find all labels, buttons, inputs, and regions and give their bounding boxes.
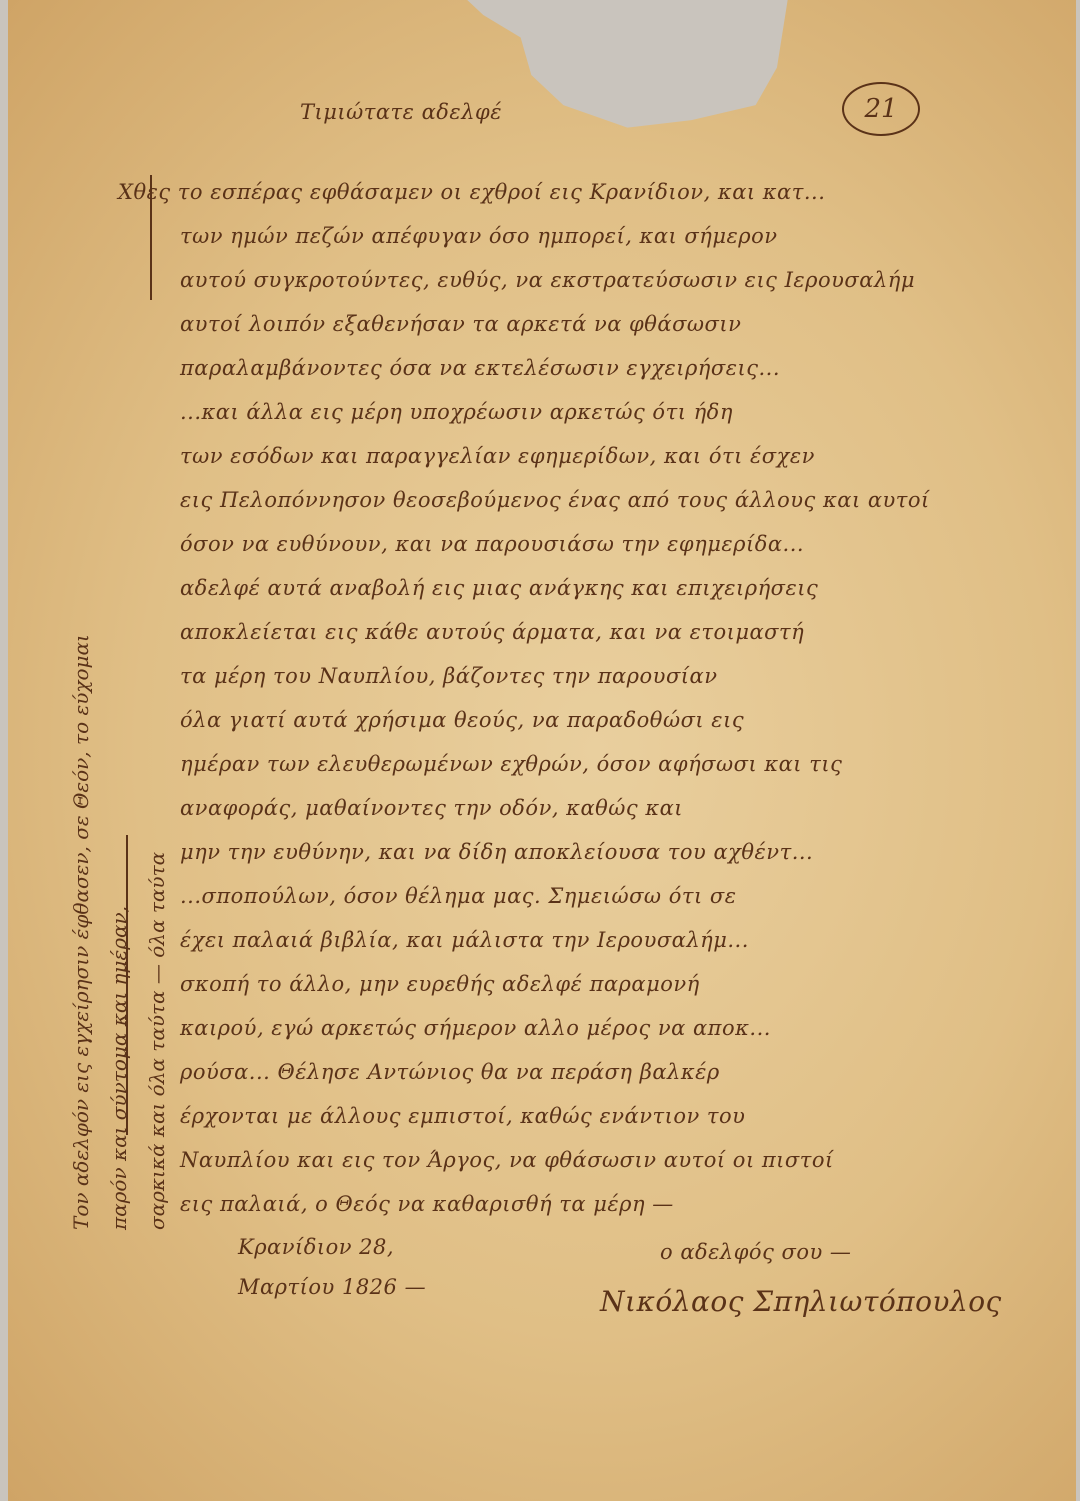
- margin-note-line: Τον αδελφόν εις εγχείρησιν έφθασεν, σε Θ…: [62, 634, 100, 1230]
- body-line: Ναυπλίου και εις τον Άργος, να φθάσωσιν …: [180, 1148, 834, 1172]
- body-line: όσον να ευθύνουν, και να παρουσιάσω την …: [180, 532, 804, 556]
- place-line: Κρανίδιον 28,: [238, 1235, 394, 1259]
- body-line: ...και άλλα εις μέρη υποχρέωσιν αρκετώς …: [180, 400, 733, 424]
- body-line: εις Πελοπόννησον θεοσεβούμενος ένας από …: [180, 488, 930, 512]
- body-line: Χθες το εσπέρας εφθάσαμεν οι εχθροί εις …: [118, 180, 825, 204]
- body-line: έρχονται με άλλους εμπιστοί, καθώς ενάντ…: [180, 1104, 745, 1128]
- signature: Νικόλαος Σπηλιωτόπουλος: [600, 1285, 1002, 1318]
- margin-note: Τον αδελφόν εις εγχείρησιν έφθασεν, σε Θ…: [62, 634, 176, 1230]
- body-line: αυτού συγκροτούντες, ευθύς, να εκστρατεύ…: [180, 268, 915, 292]
- body-line: των εσόδων και παραγγελίαν εφημερίδων, κ…: [180, 444, 815, 468]
- body-line: ...σποπούλων, όσον θέλημα μας. Σημειώσω …: [180, 884, 737, 908]
- body-line: ημέραν των ελευθερωμένων εχθρών, όσον αφ…: [180, 752, 842, 776]
- closing: ο αδελφός σου —: [660, 1240, 851, 1264]
- date-line: Μαρτίου 1826 —: [238, 1275, 426, 1299]
- body-line: παραλαμβάνοντες όσα να εκτελέσωσιν εγχει…: [180, 356, 780, 380]
- body-line: εις παλαιά, ο Θεός να καθαρισθή τα μέρη …: [180, 1192, 674, 1216]
- body-line: ρούσα... Θέλησε Αντώνιος θα να περάση βα…: [180, 1060, 720, 1084]
- body-line: σκοπή το άλλο, μην ευρεθής αδελφέ παραμο…: [180, 972, 700, 996]
- margin-note-line: σαρκικά και όλα ταύτα — όλα ταύτα: [138, 634, 176, 1230]
- body-line: καιρού, εγώ αρκετώς σήμερον αλλο μέρος ν…: [180, 1016, 771, 1040]
- body-line: αδελφέ αυτά αναβολή εις μιας ανάγκης και…: [180, 576, 818, 600]
- salutation: Τιμιώτατε αδελφέ: [300, 100, 502, 124]
- page-number-circle: 21: [842, 82, 920, 136]
- body-line: μην την ευθύνην, και να δίδη αποκλείουσα…: [180, 840, 813, 864]
- body-line: αποκλείεται εις κάθε αυτούς άρματα, και …: [180, 620, 804, 644]
- body-line: αναφοράς, μαθαίνοντες την οδόν, καθώς κα…: [180, 796, 683, 820]
- body-line: όλα γιατί αυτά χρήσιμα θεούς, να παραδοθ…: [180, 708, 744, 732]
- margin-note-line: παρόν και σύντομα και ημέραν,: [100, 634, 138, 1230]
- body-line: τα μέρη του Ναυπλίου, βάζοντες την παρου…: [180, 664, 717, 688]
- body-line: έχει παλαιά βιβλία, και μάλιστα την Ιερο…: [180, 928, 749, 952]
- body-line: αυτοί λοιπόν εξαθενήσαν τα αρκετά να φθά…: [180, 312, 741, 336]
- body-line: των ημών πεζών απέφυγαν όσο ημπορεί, και…: [180, 224, 778, 248]
